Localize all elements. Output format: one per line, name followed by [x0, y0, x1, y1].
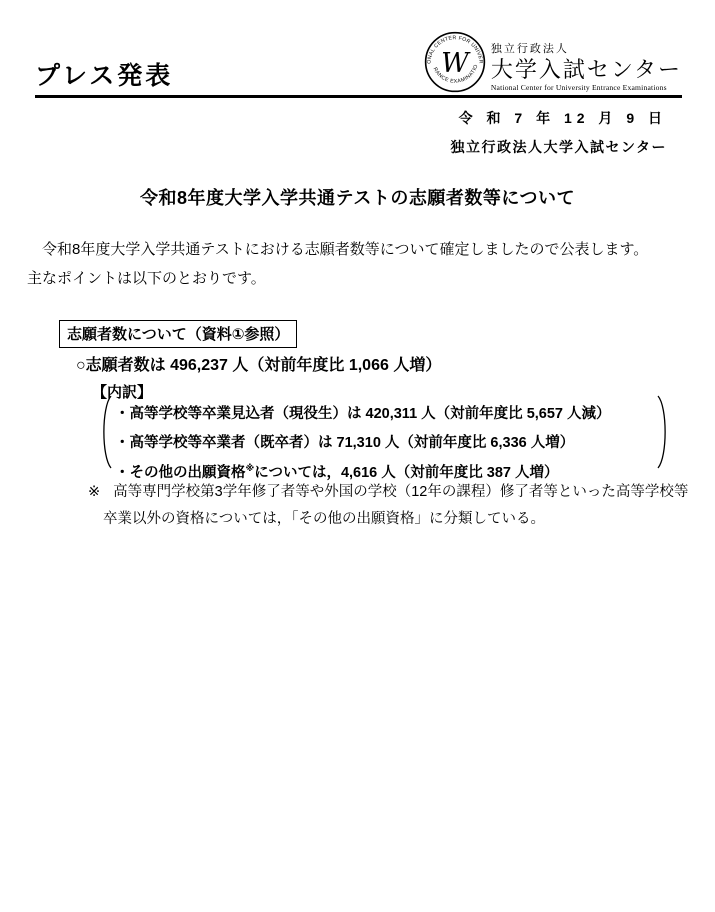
footnote-text: 高等専門学校第3学年修了者等や外国の学校（12年の課程）修了者等といった高等学校… [113, 484, 688, 500]
breakdown-item-text: ・高等学校等卒業見込者（現役生）は 420,311 人（対前年度比 5,657 … [115, 406, 611, 422]
document-title: 令和8年度大学入学共通テストの志願者数等について [0, 184, 715, 210]
press-release-label: プレス発表 [35, 56, 173, 92]
breakdown-item-text: ・高等学校等卒業者（既卒者）は 71,310 人（対前年度比 6,336 人増） [115, 435, 574, 451]
issue-date: 令 和 7 年 12 月 9 日 [451, 108, 667, 128]
breakdown-item-genekisei: ・高等学校等卒業見込者（現役生）は 420,311 人（対前年度比 5,657 … [115, 397, 611, 426]
issuing-organization: 独立行政法人大学入試センター [451, 137, 667, 157]
page-header: プレス発表 NATIONAL CENTER FOR UNIVERSITY ENT… [35, 28, 682, 98]
total-applicants-line: ○志願者数は 496,237 人（対前年度比 1,066 人増） [76, 352, 441, 375]
seal-monogram: W [441, 48, 471, 79]
footnote-line-2: 卒業以外の資格については，「その他の出願資格」に分類している。 [88, 506, 695, 533]
right-bracket-icon [656, 394, 672, 470]
organization-name-block: 独立行政法人 大学入試センター National Center for Univ… [491, 42, 682, 93]
breakdown-list: ・高等学校等卒業見込者（現役生）は 420,311 人（対前年度比 5,657 … [115, 397, 611, 485]
dateline: 令 和 7 年 12 月 9 日 独立行政法人大学入試センター [451, 108, 667, 157]
footnote: ※高等専門学校第3学年修了者等や外国の学校（12年の課程）修了者等といった高等学… [88, 479, 695, 533]
intro-line-1: 令和8年度大学入学共通テストにおける志願者数等について確定しましたので公表します… [27, 236, 695, 265]
breakdown-item-kisotsusha: ・高等学校等卒業者（既卒者）は 71,310 人（対前年度比 6,336 人増） [115, 426, 611, 455]
intro-line-2: 主なポイントは以下のとおりです。 [27, 265, 695, 294]
breakdown-item-sup: ※ [246, 463, 255, 473]
intro-paragraph: 令和8年度大学入学共通テストにおける志願者数等について確定しましたので公表します… [27, 236, 695, 293]
breakdown-bracket-group: ・高等学校等卒業見込者（現役生）は 420,311 人（対前年度比 5,657 … [97, 394, 672, 470]
footnote-marker: ※ [88, 484, 100, 500]
ncuee-seal-icon: NATIONAL CENTER FOR UNIVERSITY ENTRANCE … [424, 31, 486, 93]
organization-logo: NATIONAL CENTER FOR UNIVERSITY ENTRANCE … [424, 31, 682, 93]
applicants-section-heading-box: 志願者数について（資料①参照） [59, 320, 297, 348]
footnote-line-1: ※高等専門学校第3学年修了者等や外国の学校（12年の課程）修了者等といった高等学… [88, 479, 695, 506]
organization-name-english: National Center for University Entrance … [491, 83, 682, 92]
organization-name: 大学入試センター [491, 57, 682, 83]
organization-type: 独立行政法人 [491, 42, 682, 56]
press-release-page: プレス発表 NATIONAL CENTER FOR UNIVERSITY ENT… [0, 0, 715, 912]
left-bracket-icon [97, 394, 113, 470]
